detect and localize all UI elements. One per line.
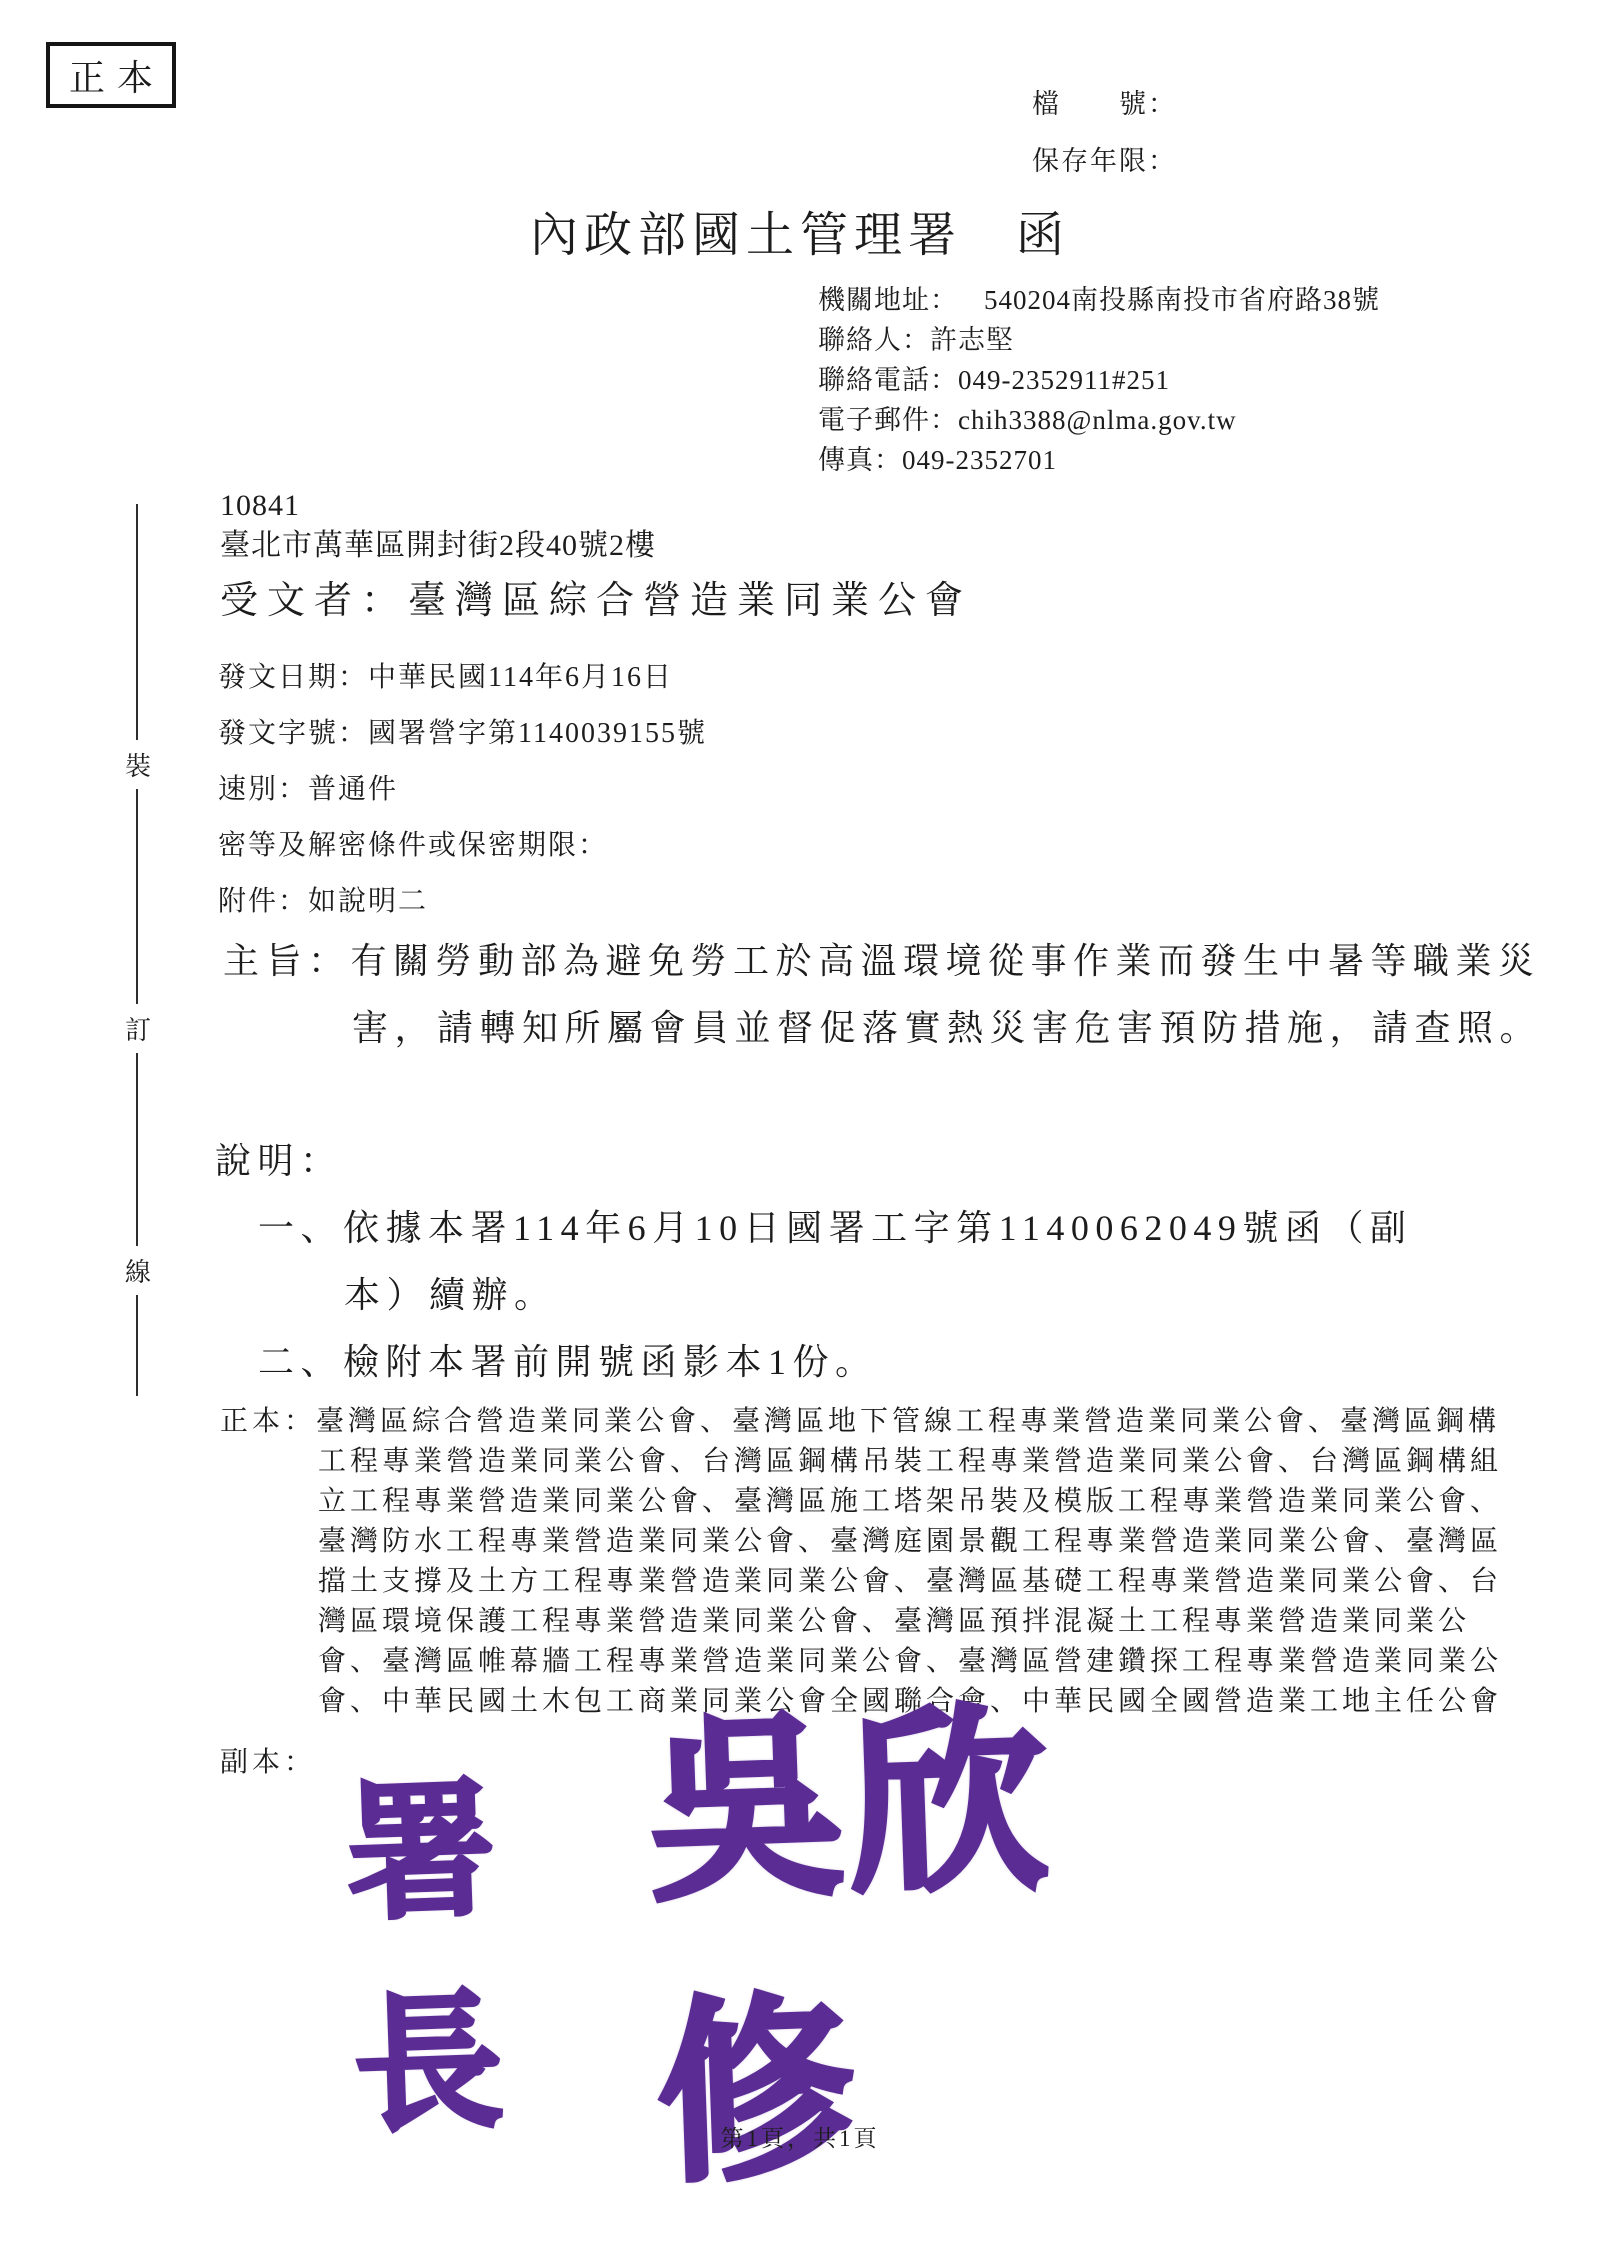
contact-email-label: 電子郵件： [818, 405, 958, 435]
contact-phone-label: 聯絡電話： [818, 365, 958, 395]
copy-type-label: 正本 [57, 50, 165, 101]
speed-class-row: 速別：普通件 [218, 762, 707, 818]
subject-text: 有關勞動部為避免勞工於高溫環境從事作業而發生中暑等職業災害，請轉知所屬會員並督促… [351, 941, 1543, 1048]
doc-number-label: 發文字號： [218, 718, 368, 749]
explanation-item-2-text: 檢附本署前開號函影本1份。 [343, 1342, 878, 1382]
subject-label: 主旨： [223, 941, 351, 981]
security-class-row: 密等及解密條件或保密期限： [218, 818, 707, 874]
attachment-value: 如說明二 [308, 886, 428, 917]
attachment-row: 附件：如說明二 [218, 874, 707, 930]
recipient-to-line: 受文者：臺灣區綜合營造業同業公會 [220, 576, 972, 626]
agency-contact-block: 機關地址：540204南投縣南投市省府路38號 聯絡人：許志堅 聯絡電話：049… [818, 280, 1380, 480]
binding-char-ding: 訂 [121, 1004, 155, 1053]
binding-char-zhuang: 裝 [121, 740, 155, 789]
file-number-row: 檔 號： [1032, 76, 1177, 133]
explanation-item-1-number: 一、 [258, 1208, 343, 1248]
file-info-block: 檔 號： 保存年限： [1032, 76, 1177, 190]
agency-address-row: 機關地址：540204南投縣南投市省府路38號 [818, 280, 1380, 320]
director-signature-stamp: 署長 吳欣修 [345, 1781, 1134, 2088]
explanation-item-1: 一、依據本署114年6月10日國署工字第1140062049號函（副本）續辦。 [258, 1195, 1423, 1329]
fax-label: 傳真： [818, 445, 902, 475]
doc-number-value: 國署營字第1140039155號 [368, 718, 707, 749]
explanation-items: 一、依據本署114年6月10日國署工字第1140062049號函（副本）續辦。 … [258, 1195, 1423, 1396]
copy-type-stamp-box: 正本 [46, 42, 176, 108]
agency-address-label: 機關地址： [818, 285, 958, 315]
explanation-label: 說明： [215, 1128, 1423, 1195]
fax-row: 傳真：049-2352701 [818, 440, 1380, 480]
recipient-to-label: 受文者： [220, 580, 408, 622]
recipient-block: 10841 臺北市萬華區開封街2段40號2樓 受文者：臺灣區綜合營造業同業公會 [220, 488, 972, 626]
fax-value: 049-2352701 [902, 445, 1057, 475]
document-title: 內政部國土管理署 函 [0, 196, 1600, 265]
retention-period-row: 保存年限： [1032, 133, 1177, 190]
retention-period-label: 保存年限： [1032, 146, 1177, 176]
contact-person-row: 聯絡人：許志堅 [818, 320, 1380, 360]
director-title-text: 署長 [343, 1728, 594, 2160]
security-class-label: 密等及解密條件或保密期限： [218, 830, 608, 861]
contact-person-label: 聯絡人： [818, 325, 930, 355]
recipient-to-name: 臺灣區綜合營造業同業公會 [408, 580, 972, 622]
original-recipients-label: 正本： [220, 1406, 316, 1437]
contact-phone-value: 049-2352911#251 [958, 365, 1170, 395]
cc-recipients-label: 副本： [220, 1747, 316, 1778]
contact-phone-row: 聯絡電話：049-2352911#251 [818, 360, 1380, 400]
issue-date-row: 發文日期：中華民國114年6月16日 [218, 650, 707, 706]
doc-number-row: 發文字號：國署營字第1140039155號 [218, 706, 707, 762]
document-meta-block: 發文日期：中華民國114年6月16日 發文字號：國署營字第1140039155號… [218, 650, 707, 930]
cc-recipients-row: 副本： [220, 1740, 316, 1780]
recipient-address: 臺北市萬華區開封街2段40號2樓 [220, 524, 972, 568]
explanation-item-2-number: 二、 [258, 1342, 343, 1382]
explanation-item-2: 二、檢附本署前開號函影本1份。 [258, 1329, 1423, 1396]
explanation-item-1-text: 依據本署114年6月10日國署工字第1140062049號函（副本）續辦。 [343, 1208, 1412, 1315]
attachment-label: 附件： [218, 886, 308, 917]
contact-person-value: 許志堅 [930, 325, 1014, 355]
contact-email-value: chih3388@nlma.gov.tw [958, 405, 1237, 435]
file-number-label: 檔 號： [1032, 89, 1177, 119]
binding-char-xian: 線 [121, 1246, 155, 1295]
agency-address-value: 540204南投縣南投市省府路38號 [984, 285, 1380, 315]
issue-date-value: 中華民國114年6月16日 [368, 662, 673, 693]
speed-class-label: 速別： [218, 774, 308, 805]
official-letter-page: 正本 檔 號： 保存年限： 內政部國土管理署 函 機關地址：540204南投縣南… [0, 0, 1600, 2263]
subject-paragraph: 主旨：有關勞動部為避免勞工於高溫環境從事作業而發生中暑等職業災害，請轉知所屬會員… [223, 928, 1557, 1062]
speed-class-value: 普通件 [308, 774, 398, 805]
explanation-section: 說明： 一、依據本署114年6月10日國署工字第1140062049號函（副本）… [215, 1128, 1423, 1396]
recipient-zipcode: 10841 [220, 488, 972, 524]
contact-email-row: 電子郵件：chih3388@nlma.gov.tw [818, 400, 1380, 440]
issue-date-label: 發文日期： [218, 662, 368, 693]
page-footer: 第1頁，共1頁 [0, 2120, 1600, 2153]
